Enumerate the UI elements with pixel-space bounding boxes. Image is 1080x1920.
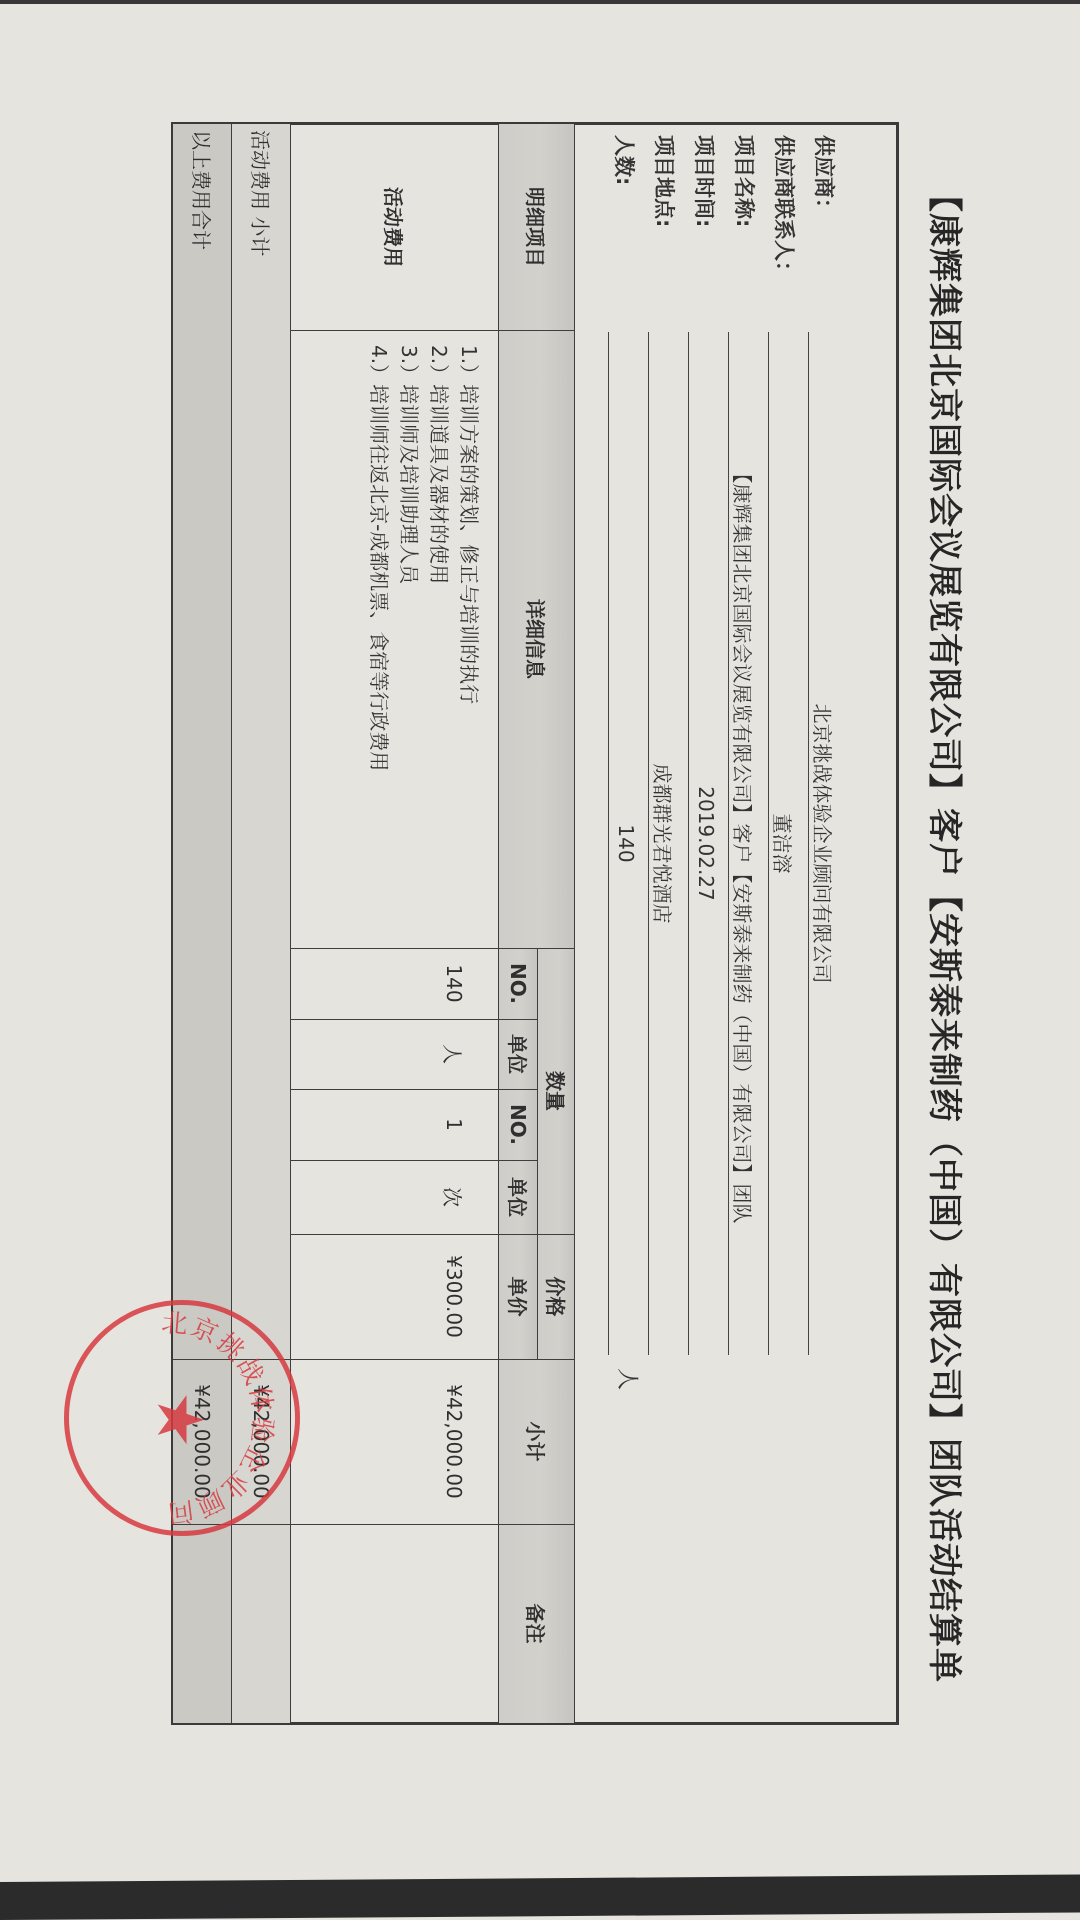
subtotal-remark [232, 1524, 291, 1723]
headcount-unit: 人 [613, 1368, 644, 1390]
grid-line [291, 1234, 575, 1235]
grid-line [498, 124, 499, 1723]
supplier-underline [808, 332, 809, 1355]
subtotal-label: 活动费用 小计 [232, 124, 291, 1359]
project-location-value: 成都群光君悦酒店 [649, 332, 678, 1355]
detail-line: 2.）培训道具及器材的使用 [424, 345, 454, 771]
row-qty-no-1: 140 [409, 948, 499, 1019]
grid-line [291, 330, 575, 331]
total-label: 以上费用合计 [173, 124, 232, 1359]
row-detail-list: 1.）培训方案的策划、修正与培训的执行 2.）培训道具及器材的使用 3.）培训师… [364, 345, 484, 771]
header-quantity: 数量 [538, 948, 575, 1234]
grid-line [173, 1524, 575, 1525]
header-qty-unit-1: 单位 [499, 1019, 538, 1089]
project-time-label: 项目时间: [690, 135, 720, 227]
photo-edge-bottom [0, 1874, 1080, 1920]
row-qty-no-2: 1 [409, 1089, 499, 1160]
subtotal-value: ¥42,000.00 [232, 1359, 291, 1524]
grid-line [291, 1160, 538, 1161]
headcount-value: 140 [614, 332, 638, 1355]
supplier-value: 北京挑战体验企业顾问有限公司 [809, 332, 838, 1355]
row-qty-unit-1: 人 [409, 1019, 499, 1089]
header-price: 价格 [538, 1234, 575, 1359]
header-unit-price: 单价 [499, 1234, 538, 1359]
row-item-activity-fee: 活动费用 [291, 124, 499, 330]
grid-line [173, 1359, 575, 1360]
project-time-underline [688, 332, 689, 1355]
settlement-document: 【康辉集团北京国际会议展览有限公司】客户【安斯泰来制药（中国）有限公司】团队活动… [0, 0, 1080, 1920]
row-remark [291, 1524, 499, 1723]
header-qty-no-1: NO. [499, 948, 538, 1019]
header-remark: 备注 [499, 1524, 575, 1723]
grid-line [231, 124, 232, 1723]
project-time-value: 2019.02.27 [694, 332, 718, 1355]
detail-line: 1.）培训方案的策划、修正与培训的执行 [454, 345, 484, 771]
project-name-label: 项目名称: [730, 135, 760, 227]
row-unit-price: ¥300.00 [409, 1234, 499, 1359]
grid-line [291, 1089, 538, 1090]
document-title: 【康辉集团北京国际会议展览有限公司】客户【安斯泰来制药（中国）有限公司】团队活动… [928, 178, 972, 1698]
row-subtotal: ¥42,000.00 [409, 1359, 499, 1524]
header-subtotal: 小计 [499, 1359, 575, 1524]
header-qty-no-2: NO. [499, 1089, 538, 1160]
total-remark [173, 1524, 232, 1723]
project-name-underline [728, 332, 729, 1355]
row-qty-unit-2: 次 [409, 1160, 499, 1234]
grid-line [291, 1019, 538, 1020]
headcount-label: 人数: [610, 135, 640, 185]
supplier-contact-underline [768, 332, 769, 1355]
headcount-underline [608, 332, 609, 1355]
supplier-contact-label: 供应商联系人： [770, 135, 800, 282]
grid-line [291, 948, 575, 949]
header-item: 明细项目 [499, 124, 575, 330]
supplier-contact-value: 董洁溶 [769, 332, 798, 1355]
grid-line [290, 124, 291, 1723]
supplier-label: 供应商： [810, 135, 840, 219]
detail-line: 4.）培训师往返北京-成都机票、食宿等行政费用 [364, 345, 394, 771]
project-location-label: 项目地点: [650, 135, 680, 227]
total-value: ¥42,000.00 [173, 1359, 232, 1524]
header-detail: 详细信息 [499, 330, 575, 948]
grid-line [574, 124, 575, 1723]
project-location-underline [648, 332, 649, 1355]
header-qty-unit-2: 单位 [499, 1160, 538, 1234]
detail-line: 3.）培训师及培训助理人员 [394, 345, 424, 771]
grid-line [537, 948, 538, 1359]
project-name-value: 【康辉集团北京国际会议展览有限公司】客户【安斯泰来制药（中国）有限公司】团队 [729, 332, 758, 1355]
